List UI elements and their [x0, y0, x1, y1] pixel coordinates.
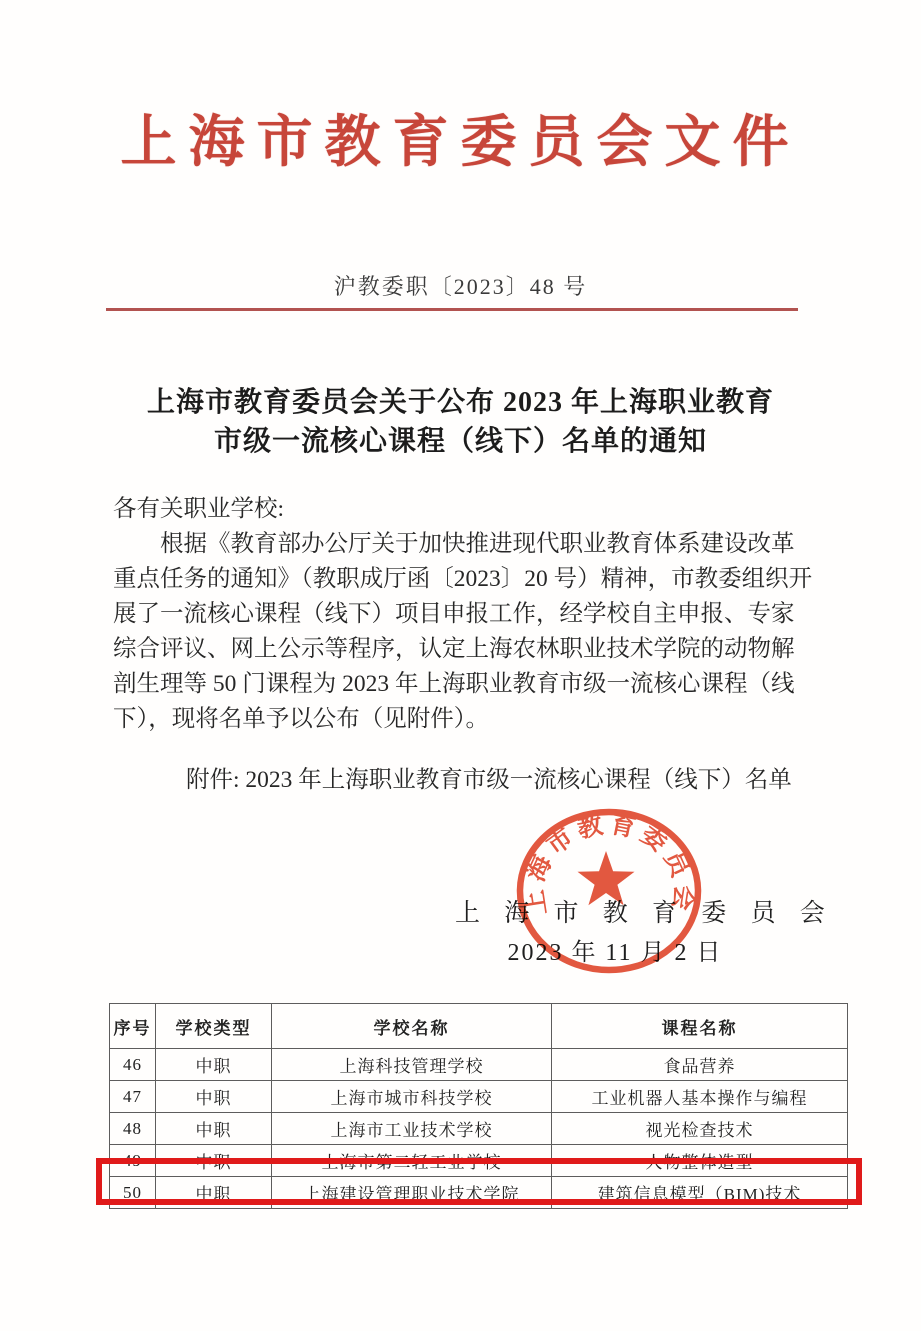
cell-school-name: 上海市城市科技学校: [272, 1081, 552, 1113]
cell-school-type: 中职: [156, 1113, 272, 1145]
table-row: 49 中职 上海市第二轻工业学校 人物整体造型: [110, 1145, 848, 1177]
table-row-highlighted: 50 中职 上海建设管理职业技术学院 建筑信息模型（BIM)技术: [110, 1177, 848, 1209]
cell-no: 47: [110, 1081, 156, 1113]
cell-school-type: 中职: [156, 1049, 272, 1081]
cell-course-name: 食品营养: [552, 1049, 848, 1081]
col-header-school-type: 学校类型: [156, 1004, 272, 1049]
cell-no: 50: [110, 1177, 156, 1209]
letterhead-org-title: 上海市教育委员会文件: [0, 98, 921, 178]
notice-title: 上海市教育委员会关于公布 2023 年上海职业教育 市级一流核心课程（线下）名单…: [0, 383, 921, 461]
cell-course-name: 建筑信息模型（BIM)技术: [552, 1177, 848, 1209]
doc-number: 沪教委职〔2023〕48 号: [0, 270, 921, 301]
cell-no: 48: [110, 1113, 156, 1145]
table-row: 46 中职 上海科技管理学校 食品营养: [110, 1049, 848, 1081]
table-header-row: 序号 学校类型 学校名称 课程名称: [110, 1004, 848, 1049]
letterhead-divider-rule: [106, 308, 798, 311]
cell-school-type: 中职: [156, 1177, 272, 1209]
cell-course-name: 人物整体造型: [552, 1145, 848, 1177]
cell-school-name: 上海市第二轻工业学校: [272, 1145, 552, 1177]
table-row: 47 中职 上海市城市科技学校 工业机器人基本操作与编程: [110, 1081, 848, 1113]
col-header-no: 序号: [110, 1004, 156, 1049]
notice-title-line2: 市级一流核心课程（线下）名单的通知: [0, 422, 921, 461]
official-seal: 上海市教育委员会: [485, 800, 735, 985]
attachment-line: 附件: 2023 年上海职业教育市级一流核心课程（线下）名单: [186, 763, 886, 798]
star-icon: [578, 851, 635, 905]
document-page: 上海市教育委员会文件 沪教委职〔2023〕48 号 上海市教育委员会关于公布 2…: [0, 0, 921, 1331]
cell-school-name: 上海建设管理职业技术学院: [272, 1177, 552, 1209]
cell-no: 46: [110, 1049, 156, 1081]
cell-school-name: 上海科技管理学校: [272, 1049, 552, 1081]
cell-school-name: 上海市工业技术学校: [272, 1113, 552, 1145]
cell-school-type: 中职: [156, 1081, 272, 1113]
cell-no: 49: [110, 1145, 156, 1177]
col-header-school-name: 学校名称: [272, 1004, 552, 1049]
cell-course-name: 视光检查技术: [552, 1113, 848, 1145]
cell-course-name: 工业机器人基本操作与编程: [552, 1081, 848, 1113]
cell-school-type: 中职: [156, 1145, 272, 1177]
table-row: 48 中职 上海市工业技术学校 视光检查技术: [110, 1113, 848, 1145]
notice-title-line1: 上海市教育委员会关于公布 2023 年上海职业教育: [0, 383, 921, 422]
course-table: 序号 学校类型 学校名称 课程名称 46 中职 上海科技管理学校 食品营养 47…: [109, 1003, 848, 1209]
salutation: 各有关职业学校:: [113, 492, 819, 527]
col-header-course-name: 课程名称: [552, 1004, 848, 1049]
notice-body: 根据《教育部办公厅关于加快推进现代职业教育体系建设改革 重点任务的通知》（教职成…: [113, 527, 819, 737]
